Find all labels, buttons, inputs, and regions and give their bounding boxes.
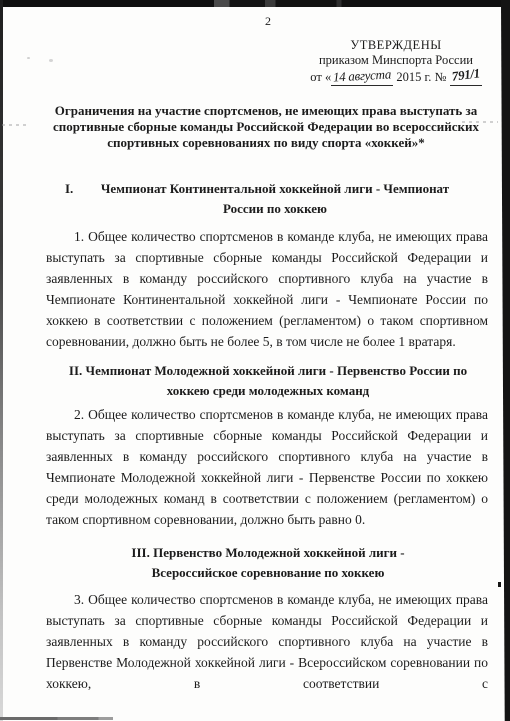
section-3-heading-text: Первенство Молодежной хоккейной лиги - В…	[152, 545, 405, 580]
section-3-numeral: III.	[131, 545, 149, 560]
approval-date-line: от «14 августа 2015 г. № 791/1	[300, 69, 492, 86]
scan-speck	[49, 59, 53, 62]
approval-date-suffix: 2015 г. №	[396, 70, 446, 84]
approval-approved-label: УТВЕРЖДЕНЫ	[300, 38, 492, 53]
scan-artifact-top-edge	[0, 0, 510, 7]
approval-date-prefix: от «	[310, 70, 331, 84]
document-title: Ограничения на участие спортсменов, не и…	[48, 103, 484, 151]
section-2-heading: II. Чемпионат Молодежной хоккейной лиги …	[48, 361, 488, 401]
scan-speck	[27, 57, 30, 59]
page-number: 2	[48, 14, 488, 29]
scan-artifact-right-edge	[499, 0, 510, 721]
section-1-paragraph: 1. Общее количество спортсменов в команд…	[46, 226, 488, 352]
scan-artifact-notch	[498, 582, 501, 587]
scanned-document-page: 2 УТВЕРЖДЕНЫ приказом Минспорта России о…	[0, 0, 510, 721]
section-3-heading: III. Первенство Молодежной хоккейной лиг…	[48, 543, 488, 583]
approval-order-label: приказом Минспорта России	[300, 53, 492, 68]
section-2-heading-text: Чемпионат Молодежной хоккейной лиги - Пе…	[86, 363, 468, 398]
section-1-heading-text: Чемпионат Континентальной хоккейной лиги…	[48, 179, 488, 219]
scan-noise-dash	[2, 124, 28, 126]
section-2-numeral: II.	[69, 363, 82, 378]
approval-block: УТВЕРЖДЕНЫ приказом Минспорта России от …	[300, 38, 492, 86]
section-1-heading: I. Чемпионат Континентальной хоккейной л…	[48, 179, 488, 219]
handwritten-order-number: 791/1	[450, 69, 482, 86]
section-2-paragraph: 2. Общее количество спортсменов в команд…	[46, 404, 488, 530]
section-1-numeral: I.	[65, 179, 73, 199]
section-3-paragraph: 3. Общее количество спортсменов в команд…	[46, 589, 488, 694]
scan-artifact-left-edge	[0, 0, 3, 721]
handwritten-date: 14 августа	[331, 69, 393, 86]
scan-artifact-bottom-bar	[0, 717, 113, 720]
